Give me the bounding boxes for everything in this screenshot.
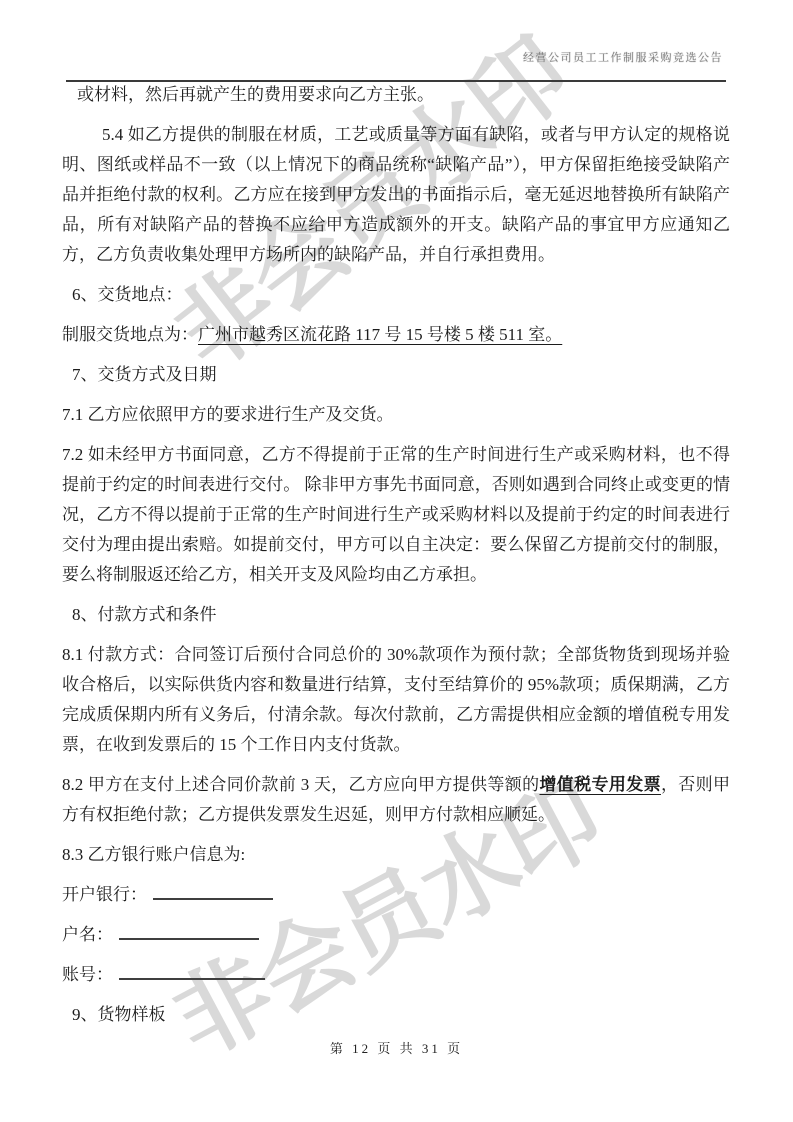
- account-name-blank-field: [119, 920, 259, 940]
- account-name-row: 户名：: [62, 920, 730, 950]
- paragraph-8-1: 8.1 付款方式：合同签订后预付合同总价的 30%款项作为预付款；全部货物货到现…: [62, 640, 730, 760]
- paragraph-8-2: 8.2 甲方在支付上述合同价款前 3 天，乙方应向甲方提供等额的增值税专用发票，…: [62, 770, 730, 830]
- delivery-address-line: 制服交货地点为：广州市越秀区流花路 117 号 15 号楼 5 楼 511 室。: [62, 320, 730, 350]
- section-7-heading: 7、交货方式及日期: [62, 360, 730, 390]
- account-number-row: 账号：: [62, 960, 730, 990]
- document-body: 或材料，然后再就产生的费用要求向乙方主张。 5.4 如乙方提供的制服在材质，工艺…: [62, 80, 730, 1040]
- section-6-heading: 6、交货地点：: [62, 280, 730, 310]
- paragraph-5-4: 5.4 如乙方提供的制服在材质，工艺或质量等方面有缺陷，或者与甲方认定的规格说明…: [62, 120, 730, 270]
- running-header-title: 经营公司员工工作制服采购竞选公告: [523, 49, 723, 65]
- paragraph-8-3: 8.3 乙方银行账户信息为:: [62, 840, 730, 870]
- document-page: 非会员水印 非会员水印 经营公司员工工作制服采购竞选公告 或材料，然后再就产生的…: [0, 0, 793, 1122]
- account-number-blank-field: [119, 960, 265, 980]
- vat-invoice-emphasis: 增值税专用发票: [539, 775, 661, 794]
- account-number-label: 账号：: [62, 965, 113, 984]
- section-8-heading: 8、付款方式和条件: [62, 600, 730, 630]
- page-number-footer: 第 12 页 共 31 页: [0, 1038, 793, 1057]
- section-9-heading: 9、货物样板: [62, 1000, 730, 1030]
- account-name-label: 户名：: [62, 925, 113, 944]
- paragraph-8-2-text-before: 8.2 甲方在支付上述合同价款前 3 天，乙方应向甲方提供等额的: [62, 775, 539, 794]
- paragraph-7-2: 7.2 如未经甲方书面同意，乙方不得提前于正常的生产时间进行生产或采购材料，也不…: [62, 440, 730, 590]
- bank-name-blank-field: [153, 880, 273, 900]
- delivery-address-label: 制服交货地点为：: [62, 325, 198, 344]
- delivery-address-value: 广州市越秀区流花路 117 号 15 号楼 5 楼 511 室。: [198, 325, 568, 344]
- paragraph-carryover: 或材料，然后再就产生的费用要求向乙方主张。: [62, 80, 730, 110]
- bank-name-row: 开户银行：: [62, 880, 730, 910]
- bank-name-label: 开户银行：: [62, 885, 147, 904]
- paragraph-7-1: 7.1 乙方应依照甲方的要求进行生产及交货。: [62, 400, 730, 430]
